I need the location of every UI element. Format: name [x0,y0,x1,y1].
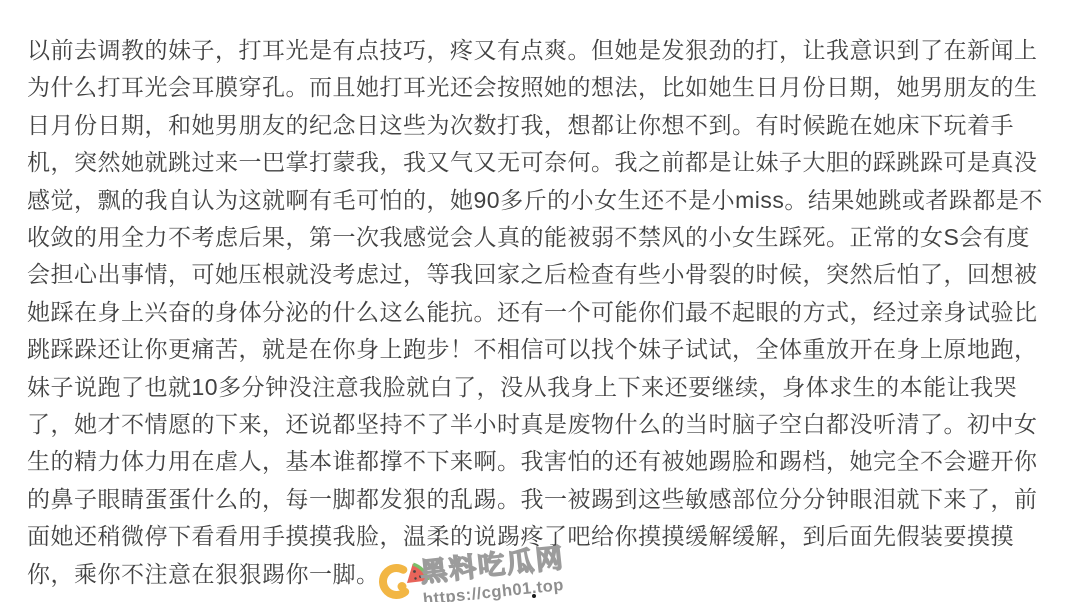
text-line: 日月份日期，和她男朋友的纪念日这些为次数打我，想都让你想不到。有时候跪在她床下玩… [27,107,1057,144]
text-line: 机，突然她就跳过来一巴掌打蒙我，我又气又无可奈何。我之前都是让妹子大胆的踩跳跺可… [27,144,1057,181]
text-line: 会担心出事情，可她压根就没考虑过，等我回家之后检查有些小骨裂的时候，突然后怕了，… [27,256,1057,293]
text-line: 的鼻子眼睛蛋蛋什么的，每一脚都发狠的乱踢。我一被踢到这些敏感部位分分钟眼泪就下来… [27,481,1057,518]
text-line: 感觉，飘的我自认为这就啊有毛可怕的，她90多斤的小女生还不是小miss。结果她跳… [27,182,1057,219]
text-line: 她踩在身上兴奋的身体分泌的什么这么能抗。还有一个可能你们最不起眼的方式，经过亲身… [27,294,1057,331]
stray-dot [532,594,536,598]
text-line: 以前去调教的妹子，打耳光是有点技巧，疼又有点爽。但她是发狠劲的打，让我意识到了在… [27,32,1057,69]
text-line: 跳踩跺还让你更痛苦，就是在你身上跑步！不相信可以找个妹子试试，全体重放开在身上原… [27,331,1057,368]
text-line: 为什么打耳光会耳膜穿孔。而且她打耳光还会按照她的想法，比如她生日月份日期，她男朋… [27,69,1057,106]
site-watermark: 黑料吃瓜网 https://cgh01.top [378,545,578,602]
text-line: 收敛的用全力不考虑后果，第一次我感觉会人真的能被弱不禁风的小女生踩死。正常的女S… [27,219,1057,256]
article-text: 以前去调教的妹子，打耳光是有点技巧，疼又有点爽。但她是发狠劲的打，让我意识到了在… [27,32,1057,593]
text-line: 了，她才不情愿的下来，还说都坚持不了半小时真是废物什么的当时脑子空白都没听清了。… [27,406,1057,443]
text-line: 生的精力体力用在虐人，基本谁都撑不下来啊。我害怕的还有被她踢脸和踢档，她完全不会… [27,443,1057,480]
watermark-text: 黑料吃瓜网 https://cgh01.top [418,536,568,602]
text-line: 妹子说跑了也就10多分钟没注意我脸就白了，没从我身上下来还要继续，身体求生的本能… [27,369,1057,406]
page: 以前去调教的妹子，打耳光是有点技巧，疼又有点爽。但她是发狠劲的打，让我意识到了在… [0,0,1069,602]
